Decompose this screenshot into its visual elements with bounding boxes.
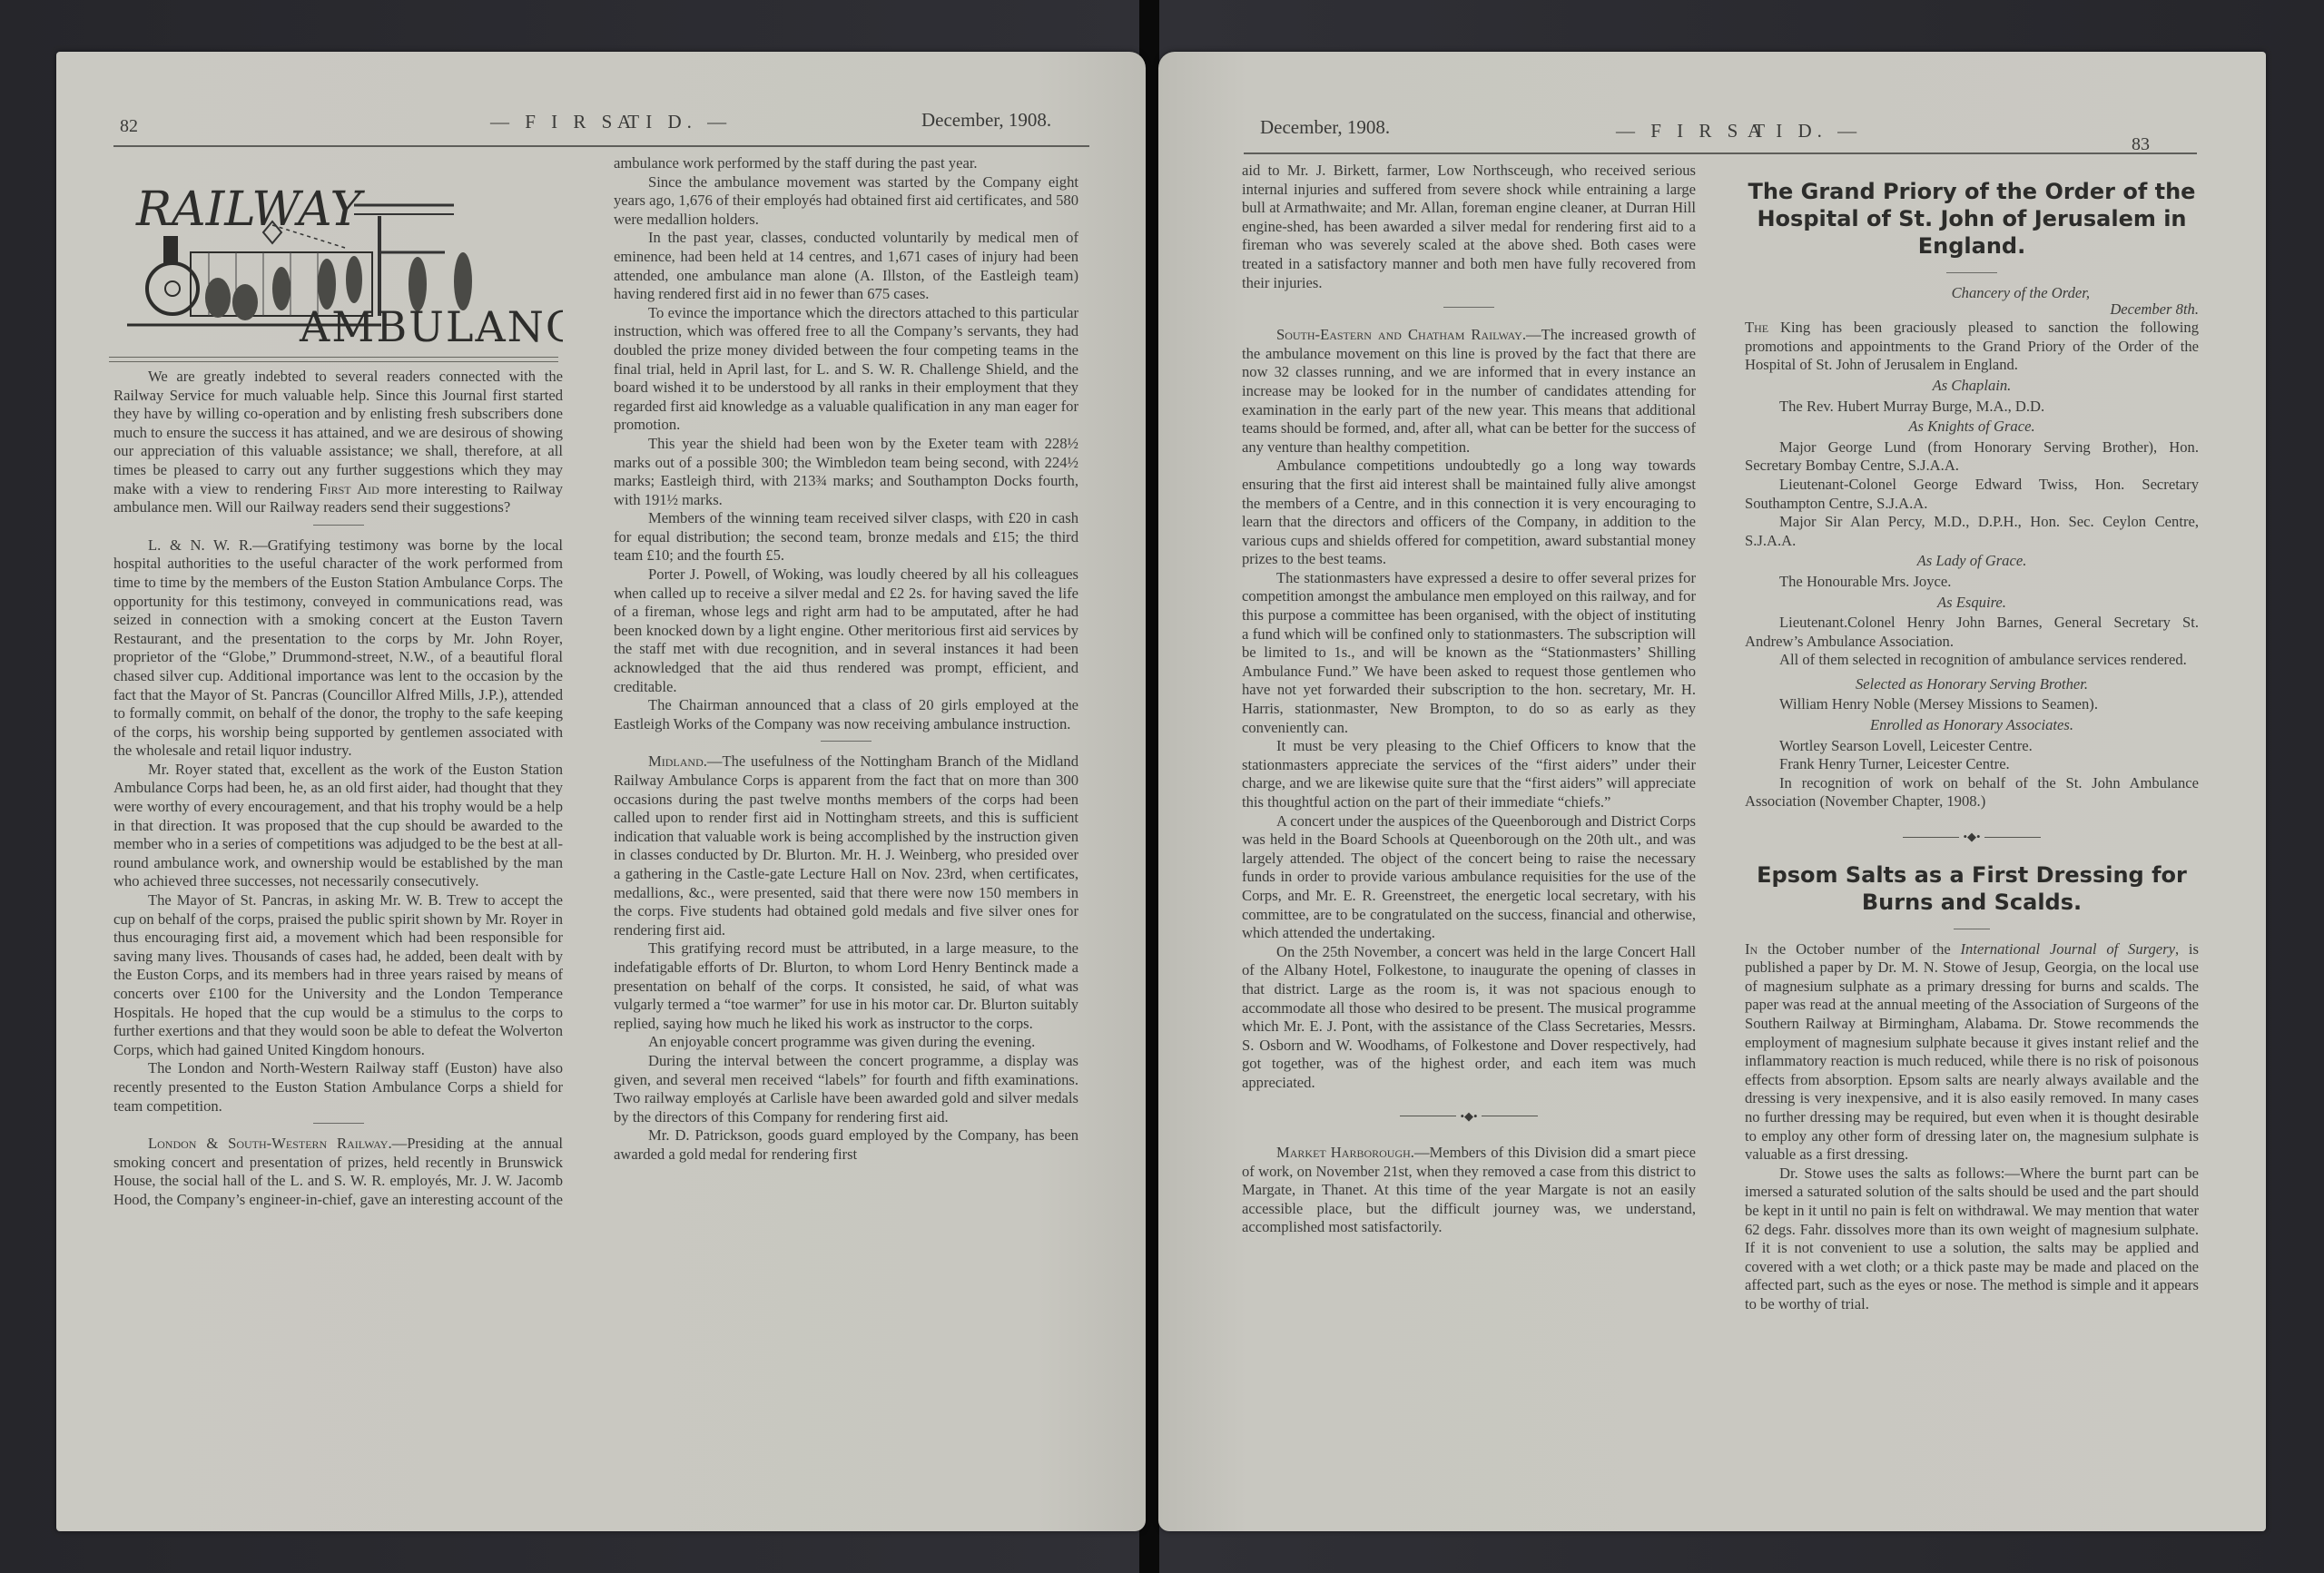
section-divider xyxy=(1954,929,1990,929)
right-page-column-1: aid to Mr. J. Birkett, farmer, Low North… xyxy=(1242,162,1696,1237)
locomotive-and-platform-illustration: RAILWAY AMBULANCE xyxy=(109,162,563,354)
lswr-paragraph-6: Members of the winning team received sil… xyxy=(614,509,1078,565)
left-page-column-2: ambulance work performed by the staff du… xyxy=(614,154,1078,1164)
lswr-paragraph-7: Porter J. Powell, of Woking, was loudly … xyxy=(614,565,1078,696)
appointment-entry: Lieutenant.Colonel Henry John Barnes, Ge… xyxy=(1745,614,2199,651)
epsom-salts-headline: Epsom Salts as a First Dressing for Burn… xyxy=(1745,861,2199,916)
banner-title-railway: RAILWAY xyxy=(135,182,366,237)
appointment-entry: In recognition of work on behalf of the … xyxy=(1745,774,2199,811)
lswr-paragraph-2: Since the ambulance movement was started… xyxy=(614,173,1078,230)
ornamental-divider: •◆• xyxy=(1242,1107,1696,1126)
intro-paragraph: We are greatly indebted to several reade… xyxy=(113,368,563,517)
lswr-paragraph-1: London & South-Western Railway.—Presidin… xyxy=(113,1135,563,1209)
banner-rule-top xyxy=(109,357,558,358)
secr-paragraph-2: Ambulance competitions undoubtedly go a … xyxy=(1242,457,1696,569)
lswr-continued: ambulance work performed by the staff du… xyxy=(614,154,1078,173)
appointment-entry: The Rev. Hubert Murray Burge, M.A., D.D. xyxy=(1745,398,2199,417)
lswr-paragraph-8: The Chairman announced that a class of 2… xyxy=(614,696,1078,733)
running-title-left-cont: A I D. — xyxy=(617,111,732,133)
secr-paragraph-6: On the 25th November, a concert was held… xyxy=(1242,943,1696,1093)
section-divider xyxy=(1946,272,1997,273)
secr-paragraph-5: A concert under the auspices of the Quee… xyxy=(1242,812,1696,943)
appointment-heading: Enrolled as Honorary Associates. xyxy=(1745,716,2199,735)
banner-title-ambulance: AMBULANCE xyxy=(299,302,563,351)
appointment-heading: As Knights of Grace. xyxy=(1745,418,2199,437)
midland-paragraph-5: Mr. D. Patrickson, goods guard employed … xyxy=(614,1126,1078,1164)
section-divider xyxy=(313,525,364,526)
appointment-entry: Wortley Searson Lovell, Leicester Centre… xyxy=(1745,737,2199,756)
appointment-entry: All of them selected in recognition of a… xyxy=(1745,651,2199,670)
ornament-icon: •◆• xyxy=(1460,1107,1477,1126)
journal-title-italic: International Journal of Surgery xyxy=(1961,940,2175,958)
appointment-entry: Major George Lund (from Honorary Serving… xyxy=(1745,438,2199,476)
secr-paragraph-1: South-Eastern and Chatham Railway.—The i… xyxy=(1242,326,1696,457)
right-date-header: December, 1908. xyxy=(1260,116,1390,139)
epsom-salts-paragraph-2: Dr. Stowe uses the salts as follows:—Whe… xyxy=(1745,1165,2199,1314)
appointment-entry: Lieutenant-Colonel George Edward Twiss, … xyxy=(1745,476,2199,513)
grand-priory-lead: The King has been graciously pleased to … xyxy=(1745,319,2199,375)
appointment-heading: As Lady of Grace. xyxy=(1745,552,2199,571)
banner-rule-bottom xyxy=(109,361,558,362)
lnwr-paragraph-2: Mr. Royer stated that, excellent as the … xyxy=(113,761,563,891)
grand-priory-headline: The Grand Priory of the Order of the Hos… xyxy=(1745,178,2199,260)
appointment-heading: Selected as Honorary Serving Brother. xyxy=(1745,675,2199,694)
lnwr-paragraph-3: The Mayor of St. Pancras, in asking Mr. … xyxy=(113,891,563,1059)
left-page-number: 82 xyxy=(120,116,138,137)
midland-paragraph-4: During the interval between the concert … xyxy=(614,1052,1078,1126)
appointment-entry: Frank Henry Turner, Leicester Centre. xyxy=(1745,755,2199,774)
epsom-salts-paragraph-1: In the October number of the Internation… xyxy=(1745,940,2199,1165)
secr-paragraph-3: The stationmasters have expressed a desi… xyxy=(1242,569,1696,737)
section-divider xyxy=(313,1123,364,1124)
lswr-paragraph-3: In the past year, classes, conducted vol… xyxy=(614,229,1078,303)
market-harborough-paragraph: Market Harborough.—Members of this Divis… xyxy=(1242,1144,1696,1237)
running-title-right-cont: A I D. — xyxy=(1748,120,1862,143)
appointment-heading: As Esquire. xyxy=(1745,594,2199,613)
appointment-entry: The Honourable Mrs. Joyce. xyxy=(1745,573,2199,592)
right-page-column-2: The Grand Priory of the Order of the Hos… xyxy=(1745,178,2199,1314)
midland-paragraph-1: Midland.—The usefulness of the Nottingha… xyxy=(614,752,1078,939)
left-page-column-1: We are greatly indebted to several reade… xyxy=(113,368,563,1210)
lswr-paragraph-5: This year the shield had been won by the… xyxy=(614,435,1078,509)
midland-continued: aid to Mr. J. Birkett, farmer, Low North… xyxy=(1242,162,1696,292)
section-divider xyxy=(821,741,871,742)
section-divider xyxy=(1443,307,1494,308)
appointment-heading: As Chaplain. xyxy=(1745,377,2199,396)
left-date-header: December, 1908. xyxy=(921,109,1051,132)
dateline-2: December 8th. xyxy=(1745,300,2199,320)
midland-paragraph-2: This gratifying record must be attribute… xyxy=(614,939,1078,1033)
lnwr-paragraph-4: The London and North-Western Railway sta… xyxy=(113,1059,563,1116)
midland-paragraph-3: An enjoyable concert programme was given… xyxy=(614,1033,1078,1052)
appointment-entry: William Henry Noble (Mersey Missions to … xyxy=(1745,695,2199,714)
header-rule-left xyxy=(113,145,1089,147)
ornamental-divider: •◆• xyxy=(1745,828,2199,847)
ornament-icon: •◆• xyxy=(1963,828,1980,847)
secr-paragraph-4: It must be very pleasing to the Chief Of… xyxy=(1242,737,1696,811)
appointment-entry: Major Sir Alan Percy, M.D., D.P.H., Hon.… xyxy=(1745,513,2199,550)
lswr-paragraph-4: To evince the importance which the direc… xyxy=(614,304,1078,435)
header-rule-right xyxy=(1244,152,2197,154)
lnwr-paragraph-1: L. & N. W. R.—Gratifying testimony was b… xyxy=(113,536,563,761)
railway-ambulance-banner: RAILWAY AMBULANCE xyxy=(109,162,563,354)
